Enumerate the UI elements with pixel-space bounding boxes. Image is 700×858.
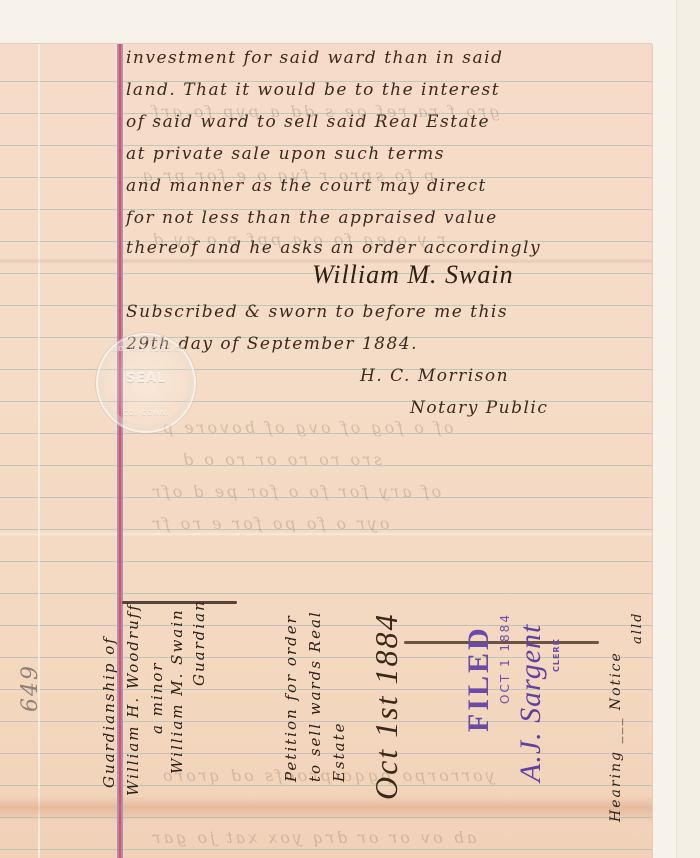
docket-side-note: Hearing ___ Notice <box>608 651 624 822</box>
docket-caption-line-5: Guardian <box>190 599 208 686</box>
fold-crease-vertical <box>38 44 40 858</box>
docket-caption-line-3: a minor <box>148 661 166 734</box>
body-line-2: land. That it would be to the interest <box>126 80 500 100</box>
jurat-line-1: Subscribed & sworn to before me this <box>126 302 508 322</box>
fold-crease-lower <box>0 796 652 822</box>
body-line-3: of said ward to sell said Real Estate <box>126 112 490 132</box>
body-line-6: for not less than the appraised value <box>126 208 498 228</box>
notary-name: H. C. Morrison <box>360 366 509 386</box>
docket-caption-line-2: William H. Woodruff <box>124 603 142 796</box>
bleed-through-text: yorrorpo pgqo proofs od qroro <box>160 766 495 785</box>
file-number-pencil: 649 <box>18 664 43 712</box>
bleed-through-text: of o fog of ovg of bovore p <box>160 418 454 437</box>
seal-center-text: SEAL <box>98 371 194 386</box>
filed-stamp-label: FILED <box>462 625 496 732</box>
clerk-title: CLERK <box>552 638 561 672</box>
scan-edge-strip <box>676 0 700 858</box>
bleed-through-text: oyr o fo po for e ro fr <box>150 514 390 533</box>
bleed-through-text: ab ov or or drq yox xat jo gar <box>150 828 477 847</box>
clerk-signature: A.J. Sargent <box>514 624 548 782</box>
seal-ring-bottom-text: CO. CONN. <box>98 409 194 417</box>
petition-line-2: to sell wards Real <box>306 610 324 782</box>
docket-caption-line-4: William M. Swain <box>168 608 186 774</box>
seal-ring-top-text: NOTARY PUBLIC <box>98 345 194 353</box>
body-line-1: investment for said ward than in said <box>126 48 503 68</box>
docket-underline <box>122 601 237 604</box>
docket-side-note-2: alld <box>630 612 645 644</box>
document-page: gro f ra ref oe s dd a pyp fo grf p fo s… <box>0 44 652 858</box>
body-line-7: thereof and he asks an order accordingly <box>126 238 541 258</box>
body-line-5: and manner as the court may direct <box>126 176 487 196</box>
notary-title: Notary Public <box>410 398 548 418</box>
bleed-through-text: sro ro ro or ro o d <box>180 450 382 469</box>
petition-line-1: Petition for order <box>282 614 300 782</box>
docket-caption-line-1: Guardianship of <box>100 636 118 788</box>
handwritten-filing-date: Oct 1st 1884 <box>368 612 405 800</box>
filed-stamp-date: OCT 1 1884 <box>498 613 512 704</box>
notary-seal-emboss: NOTARY PUBLIC SEAL CO. CONN. <box>96 333 196 433</box>
bleed-through-text: of ary for fo o for pe d ofr <box>150 482 441 501</box>
petitioner-signature: William M. Swain <box>312 260 514 290</box>
petition-line-3: Estate <box>330 721 348 782</box>
body-line-4: at private sale upon such terms <box>126 144 445 164</box>
